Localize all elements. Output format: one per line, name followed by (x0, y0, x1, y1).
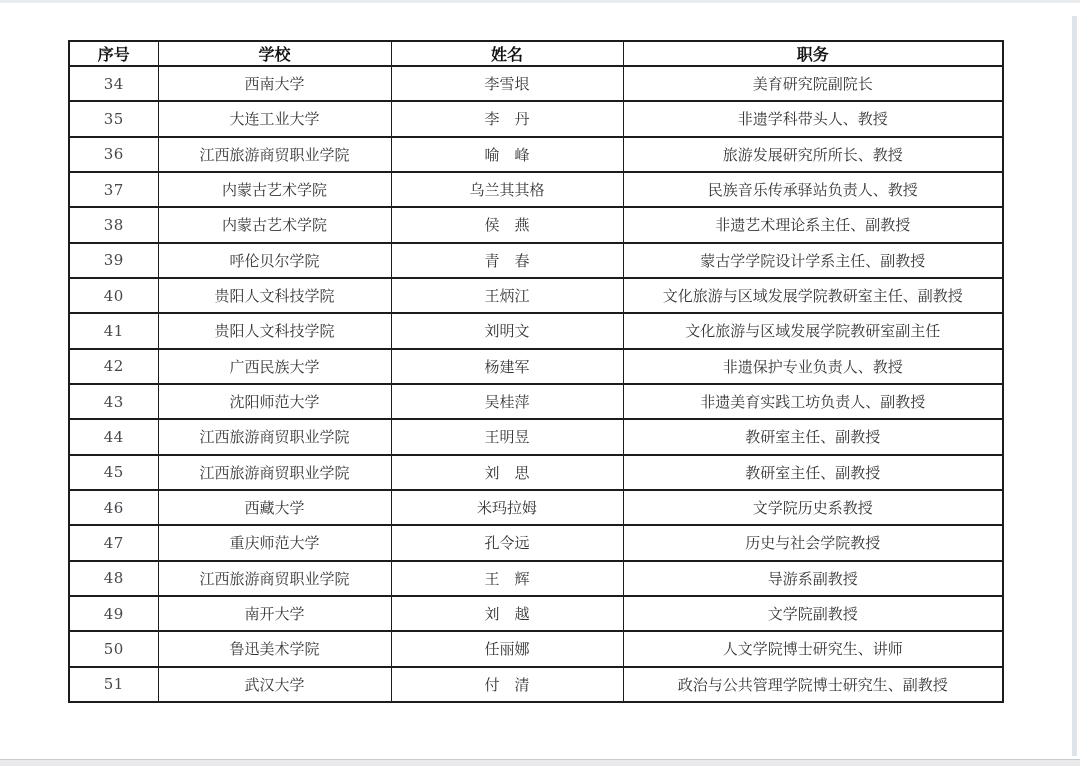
cell-title: 文化旅游与区域发展学院教研室主任、副教授 (623, 278, 1003, 313)
cell-name: 刘 思 (391, 455, 623, 490)
cell-name: 米玛拉姆 (391, 490, 623, 525)
cell-name: 付 清 (391, 667, 623, 702)
bottom-edge-bar (0, 759, 1080, 766)
roster-table-body: 34 西南大学 李雪垠 美育研究院副院长 35 大连工业大学 李 丹 非遗学科带… (69, 66, 1003, 702)
table-row: 35 大连工业大学 李 丹 非遗学科带头人、教授 (69, 101, 1003, 136)
cell-school: 贵阳人文科技学院 (158, 313, 391, 348)
table-row: 50 鲁迅美术学院 任丽娜 人文学院博士研究生、讲师 (69, 631, 1003, 666)
cell-name: 李 丹 (391, 101, 623, 136)
cell-name: 李雪垠 (391, 66, 623, 101)
col-header-school: 学校 (158, 41, 391, 66)
cell-seq: 39 (69, 243, 158, 278)
cell-school: 南开大学 (158, 596, 391, 631)
cell-seq: 46 (69, 490, 158, 525)
cell-seq: 47 (69, 525, 158, 560)
cell-title: 美育研究院副院长 (623, 66, 1003, 101)
cell-name: 乌兰其其格 (391, 172, 623, 207)
cell-seq: 35 (69, 101, 158, 136)
cell-name: 孔令远 (391, 525, 623, 560)
cell-school: 贵阳人文科技学院 (158, 278, 391, 313)
cell-seq: 34 (69, 66, 158, 101)
table-row: 43 沈阳师范大学 吴桂萍 非遗美育实践工坊负责人、副教授 (69, 384, 1003, 419)
cell-seq: 38 (69, 207, 158, 242)
cell-school: 江西旅游商贸职业学院 (158, 561, 391, 596)
cell-seq: 40 (69, 278, 158, 313)
col-header-name: 姓名 (391, 41, 623, 66)
page-right-edge-strip (1072, 16, 1077, 756)
table-row: 38 内蒙古艺术学院 侯 燕 非遗艺术理论系主任、副教授 (69, 207, 1003, 242)
cell-school: 江西旅游商贸职业学院 (158, 419, 391, 454)
cell-school: 内蒙古艺术学院 (158, 172, 391, 207)
cell-title: 文学院副教授 (623, 596, 1003, 631)
cell-title: 导游系副教授 (623, 561, 1003, 596)
cell-name: 刘 越 (391, 596, 623, 631)
cell-name: 王 辉 (391, 561, 623, 596)
cell-title: 人文学院博士研究生、讲师 (623, 631, 1003, 666)
cell-school: 江西旅游商贸职业学院 (158, 137, 391, 172)
document-page: 序号 学校 姓名 职务 34 西南大学 李雪垠 美育研究院副院长 35 大连工业… (0, 0, 1080, 766)
table-row: 39 呼伦贝尔学院 青 春 蒙古学学院设计学系主任、副教授 (69, 243, 1003, 278)
table-row: 44 江西旅游商贸职业学院 王明昱 教研室主任、副教授 (69, 419, 1003, 454)
col-header-title: 职务 (623, 41, 1003, 66)
table-row: 41 贵阳人文科技学院 刘明文 文化旅游与区域发展学院教研室副主任 (69, 313, 1003, 348)
cell-school: 江西旅游商贸职业学院 (158, 455, 391, 490)
cell-name: 喻 峰 (391, 137, 623, 172)
table-row: 34 西南大学 李雪垠 美育研究院副院长 (69, 66, 1003, 101)
cell-seq: 37 (69, 172, 158, 207)
table-row: 40 贵阳人文科技学院 王炳江 文化旅游与区域发展学院教研室主任、副教授 (69, 278, 1003, 313)
cell-seq: 48 (69, 561, 158, 596)
cell-seq: 42 (69, 349, 158, 384)
roster-table-header: 序号 学校 姓名 职务 (69, 41, 1003, 66)
cell-school: 西南大学 (158, 66, 391, 101)
cell-name: 杨建军 (391, 349, 623, 384)
cell-seq: 41 (69, 313, 158, 348)
cell-seq: 51 (69, 667, 158, 702)
cell-school: 武汉大学 (158, 667, 391, 702)
cell-title: 非遗学科带头人、教授 (623, 101, 1003, 136)
table-row: 46 西藏大学 米玛拉姆 文学院历史系教授 (69, 490, 1003, 525)
table-row: 49 南开大学 刘 越 文学院副教授 (69, 596, 1003, 631)
cell-school: 呼伦贝尔学院 (158, 243, 391, 278)
cell-name: 王明昱 (391, 419, 623, 454)
cell-name: 吴桂萍 (391, 384, 623, 419)
cell-title: 非遗美育实践工坊负责人、副教授 (623, 384, 1003, 419)
table-row: 47 重庆师范大学 孔令远 历史与社会学院教授 (69, 525, 1003, 560)
cell-school: 内蒙古艺术学院 (158, 207, 391, 242)
col-header-seq: 序号 (69, 41, 158, 66)
page-top-edge-strip (0, 0, 1080, 3)
cell-name: 刘明文 (391, 313, 623, 348)
cell-title: 旅游发展研究所所长、教授 (623, 137, 1003, 172)
cell-title: 蒙古学学院设计学系主任、副教授 (623, 243, 1003, 278)
cell-title: 非遗艺术理论系主任、副教授 (623, 207, 1003, 242)
cell-title: 历史与社会学院教授 (623, 525, 1003, 560)
table-row: 42 广西民族大学 杨建军 非遗保护专业负责人、教授 (69, 349, 1003, 384)
cell-school: 大连工业大学 (158, 101, 391, 136)
header-row: 序号 学校 姓名 职务 (69, 41, 1003, 66)
cell-school: 西藏大学 (158, 490, 391, 525)
cell-seq: 49 (69, 596, 158, 631)
cell-title: 文学院历史系教授 (623, 490, 1003, 525)
cell-school: 鲁迅美术学院 (158, 631, 391, 666)
cell-title: 政治与公共管理学院博士研究生、副教授 (623, 667, 1003, 702)
cell-name: 青 春 (391, 243, 623, 278)
table-row: 37 内蒙古艺术学院 乌兰其其格 民族音乐传承驿站负责人、教授 (69, 172, 1003, 207)
cell-title: 教研室主任、副教授 (623, 419, 1003, 454)
cell-name: 王炳江 (391, 278, 623, 313)
cell-title: 教研室主任、副教授 (623, 455, 1003, 490)
cell-seq: 43 (69, 384, 158, 419)
cell-seq: 44 (69, 419, 158, 454)
cell-school: 沈阳师范大学 (158, 384, 391, 419)
cell-name: 任丽娜 (391, 631, 623, 666)
cell-seq: 36 (69, 137, 158, 172)
table-row: 45 江西旅游商贸职业学院 刘 思 教研室主任、副教授 (69, 455, 1003, 490)
cell-name: 侯 燕 (391, 207, 623, 242)
cell-title: 民族音乐传承驿站负责人、教授 (623, 172, 1003, 207)
cell-seq: 45 (69, 455, 158, 490)
cell-title: 文化旅游与区域发展学院教研室副主任 (623, 313, 1003, 348)
roster-table: 序号 学校 姓名 职务 34 西南大学 李雪垠 美育研究院副院长 35 大连工业… (68, 40, 1004, 703)
table-row: 36 江西旅游商贸职业学院 喻 峰 旅游发展研究所所长、教授 (69, 137, 1003, 172)
cell-school: 广西民族大学 (158, 349, 391, 384)
table-row: 51 武汉大学 付 清 政治与公共管理学院博士研究生、副教授 (69, 667, 1003, 702)
table-row: 48 江西旅游商贸职业学院 王 辉 导游系副教授 (69, 561, 1003, 596)
cell-title: 非遗保护专业负责人、教授 (623, 349, 1003, 384)
cell-school: 重庆师范大学 (158, 525, 391, 560)
cell-seq: 50 (69, 631, 158, 666)
